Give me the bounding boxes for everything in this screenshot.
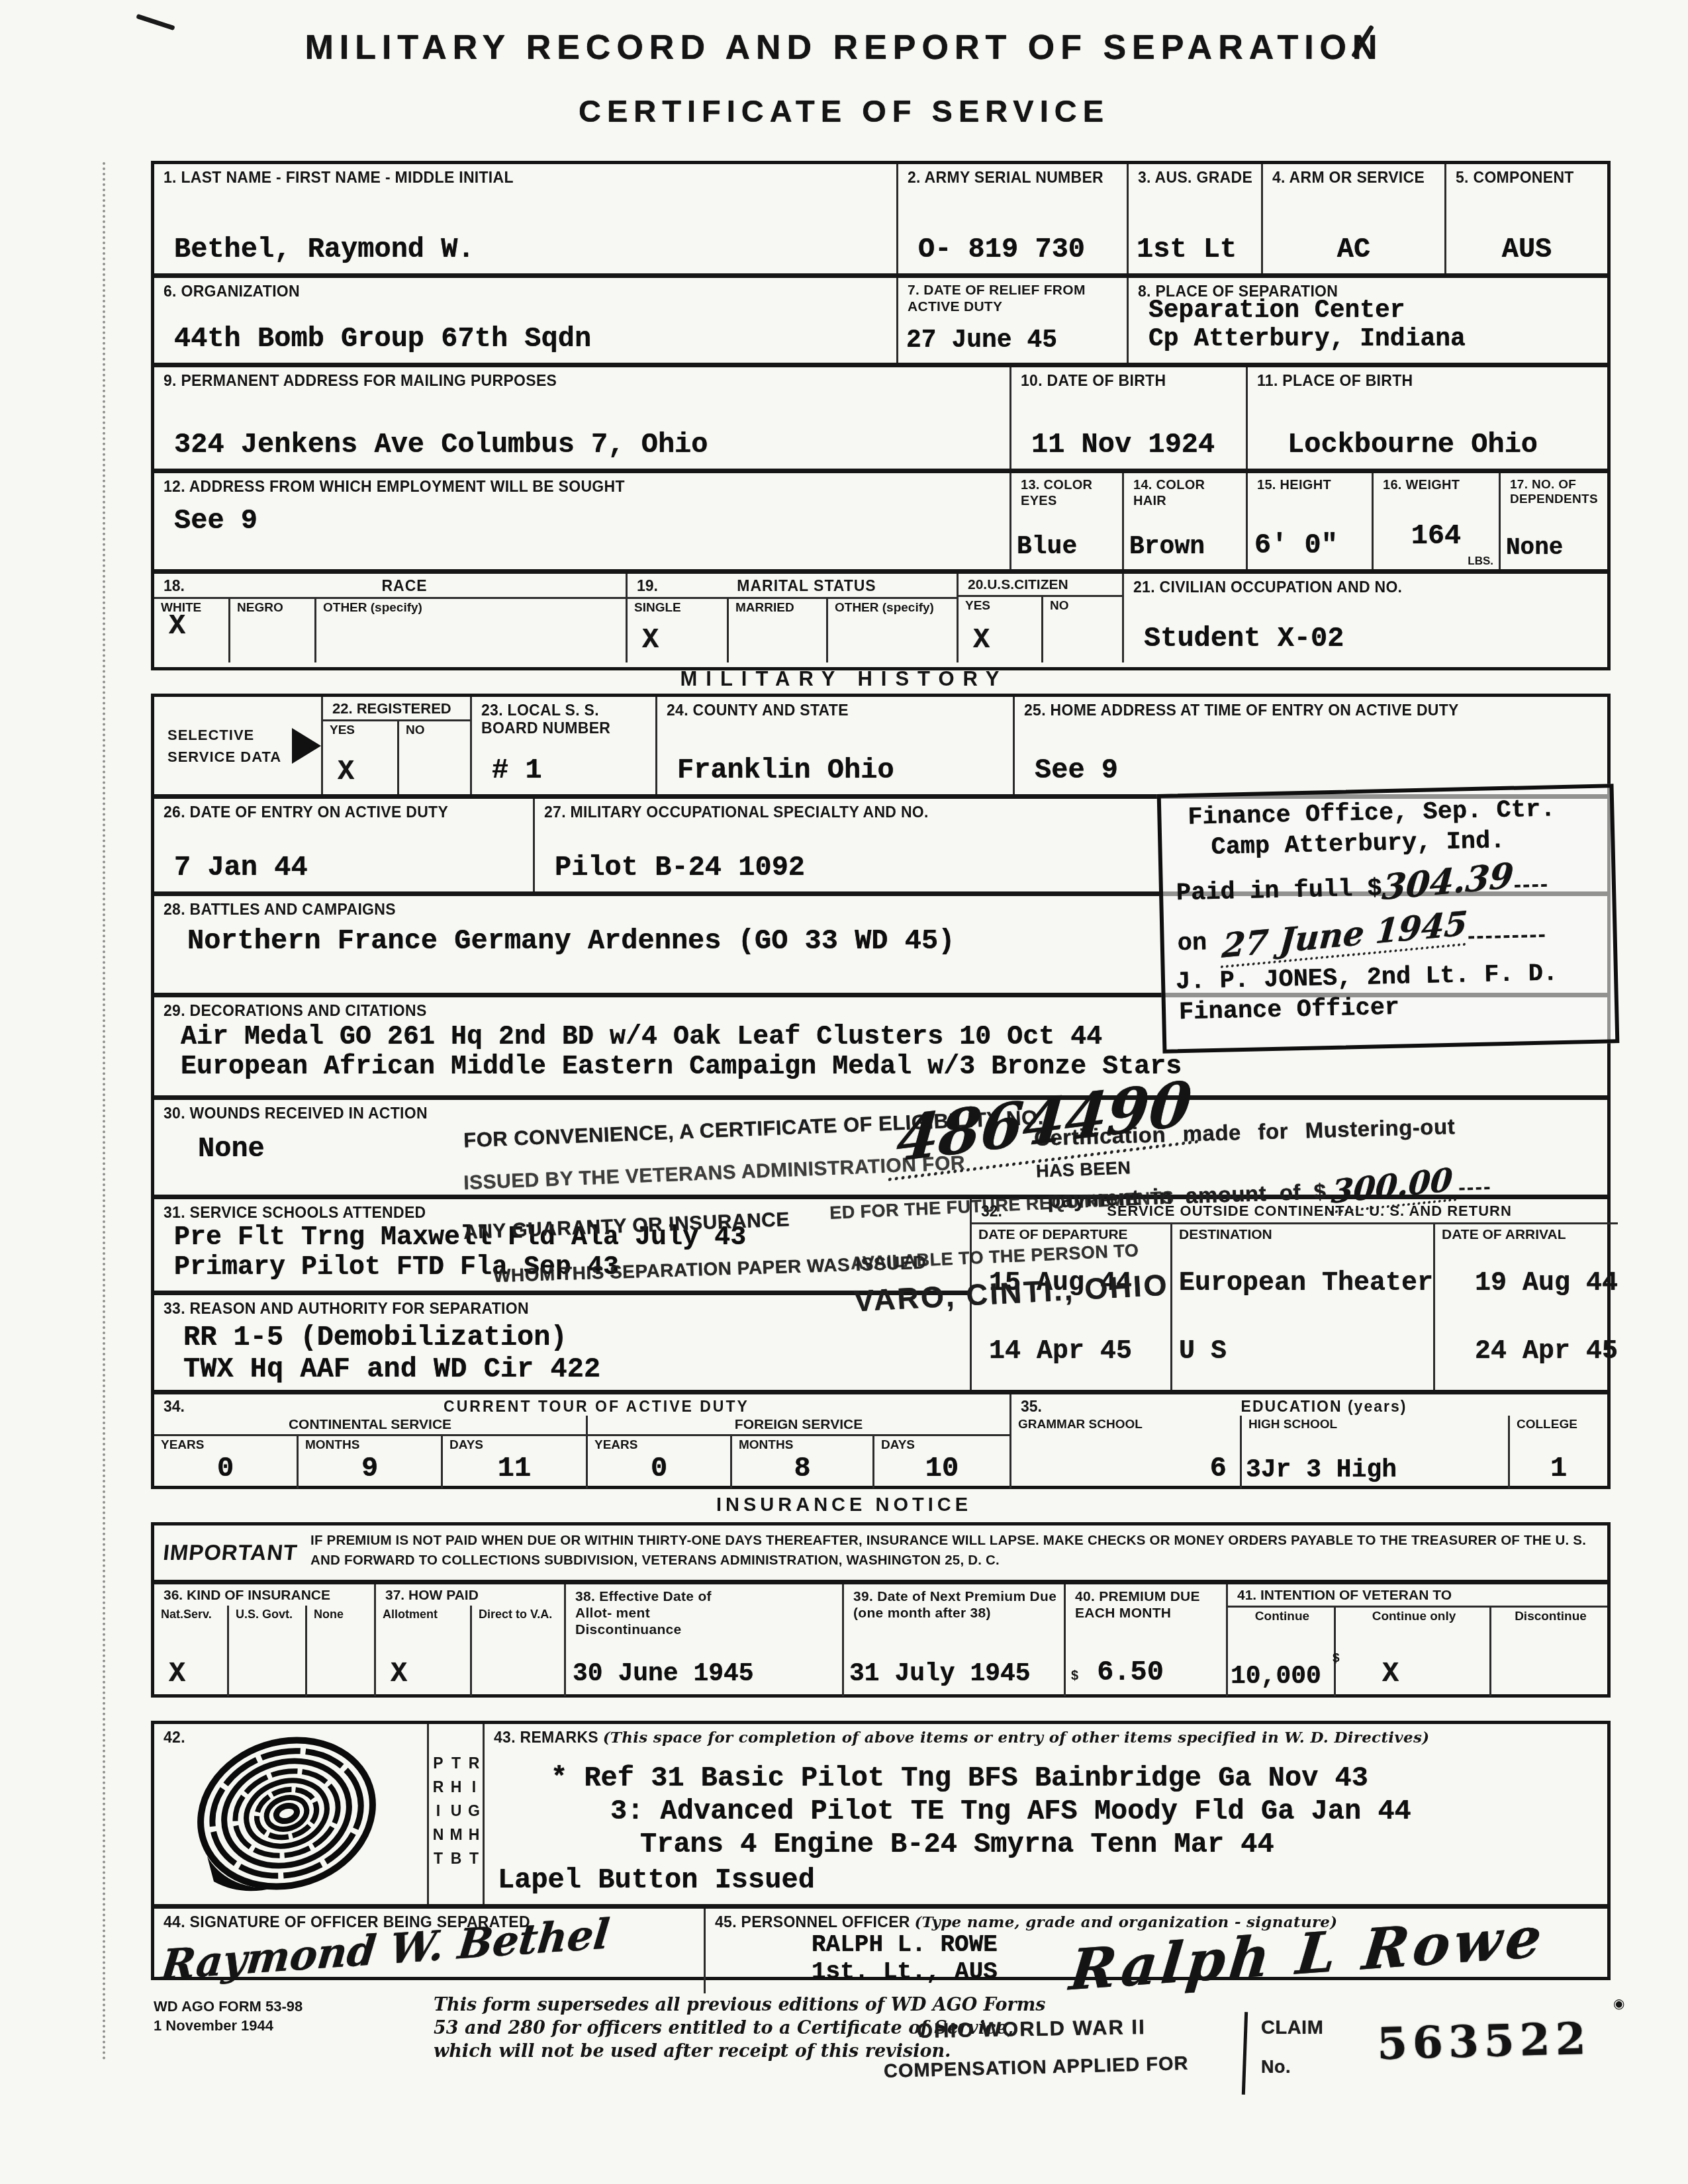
important-label: IMPORTANT [152,1525,310,1580]
row-insurance-fields: 36. KIND OF INSURANCE Nat.Serv.X U.S. Go… [154,1580,1607,1696]
overseas-arrival-2: 24 Apr 45 [1435,1328,1618,1367]
insurance-notice-title: INSURANCE NOTICE [0,1494,1688,1516]
field-date-of-relief: 7. DATE OF RELIEF FROM ACTIVE DUTY 27 Ju… [896,278,1127,363]
continue-only-mark: X [1336,1658,1489,1696]
foreign-years-label: YEARS [588,1436,730,1453]
field-remarks: 43. REMARKS (This space for completion o… [485,1724,1607,1904]
remarks-label-text: 43. REMARKS [494,1729,598,1746]
intention-dollar-sign: $ [1333,1651,1340,1666]
right-thumb-print-label: RIGHT THUMB PRINT [427,1724,485,1904]
next-premium-label: 39. Date of Next Premium Due (one month … [844,1584,1064,1622]
field-employment-address: 12. ADDRESS FROM WHICH EMPLOYMENT WILL B… [154,473,1009,569]
mustering-stamp-dashes: ---- [1458,1174,1492,1199]
overseas-departure-2: 14 Apr 45 [972,1328,1170,1367]
field-color-hair-value: Brown [1124,533,1246,569]
discontinue-label: Discontinue [1491,1608,1607,1624]
claim-divider [1242,2012,1248,2095]
field-dependents: 17. NO. OF DEPENDENTS None [1499,473,1607,569]
marital-single-mark: X [628,624,727,662]
field-reason-line1: RR 1-5 (Demobilization) [154,1322,970,1353]
field-officer-signature: 44. SIGNATURE OF OFFICER BEING SEPARATED… [154,1909,704,1993]
field-citizen-label: 20.U.S.CITIZEN [968,577,1068,593]
field-permanent-address-value: 324 Jenkens Ave Columbus 7, Ohio [154,429,1009,469]
tour-header: 34. CURRENT TOUR OF ACTIVE DUTY [154,1394,1009,1416]
field-marital-status: 19. MARITAL STATUS SINGLEX MARRIED OTHER… [626,574,957,662]
continental-days-label: DAYS [443,1436,586,1453]
field-arm-service-value: AC [1263,234,1444,273]
field-color-eyes-label: 13. COLOR EYES [1011,473,1122,509]
field-color-eyes: 13. COLOR EYES Blue [1009,473,1122,569]
race-other-label: OTHER (specify) [316,599,626,615]
remarks-signature-section: 42. RIGHT THUMB PRINT [151,1721,1611,1980]
field-how-paid: 37. HOW PAID AllotmentX Direct to V.A. [374,1584,564,1696]
field-height: 15. HEIGHT 6' 0" [1246,473,1372,569]
field-organization: 6. ORGANIZATION 44th Bomb Group 67th Sqd… [154,278,896,363]
field-color-hair-label: 14. COLOR HAIR [1124,473,1246,509]
field-last-name-value: Bethel, Raymond W. [154,234,896,273]
personnel-officer-label-text: 45. PERSONNEL OFFICER [715,1913,910,1931]
overseas-arrival-1: 19 Aug 44 [1435,1259,1618,1298]
field-local-board-label: 23. LOCAL S. S. BOARD NUMBER [472,697,655,737]
field-race-title: RACE [190,577,619,595]
field-component-label: 5. COMPONENT [1446,164,1607,187]
continental-months-label: MONTHS [299,1436,441,1453]
field-place-of-birth-label: 11. PLACE OF BIRTH [1248,367,1607,390]
mustering-stamp-prefix: payment in amount of $ [1047,1179,1327,1212]
nat-serv-label: Nat.Serv. [154,1606,227,1621]
continue-label: Continue [1228,1608,1334,1624]
education-header: 35. EDUCATION (years) [1011,1394,1607,1416]
overseas-col-destination: DESTINATION European Theater U S [1170,1224,1433,1390]
field-personnel-officer: 45. PERSONNEL OFFICER (Type name, grade … [704,1909,1607,1993]
field-county-state-label: 24. COUNTY AND STATE [657,697,1013,719]
us-govt-mark [229,1690,305,1696]
selective-service-cell: SELECTIVE SERVICE DATA [154,697,321,794]
college-value: 1 [1510,1453,1607,1488]
field-place-of-separation-value2: Cp Atterbury, Indiana [1129,325,1607,361]
premium-dollar-sign: $ [1066,1668,1078,1684]
row-2: 6. ORGANIZATION 44th Bomb Group 67th Sqd… [154,273,1607,363]
college-label: COLLEGE [1510,1416,1607,1432]
education-body: GRAMMAR SCHOOL6 HIGH SCHOOL3Jr 3 High CO… [1011,1416,1607,1488]
field-last-name: 1. LAST NAME - FIRST NAME - MIDDLE INITI… [154,164,896,273]
field-date-of-birth: 10. DATE OF BIRTH 11 Nov 1924 [1009,367,1246,469]
field-civilian-occupation-label: 21. CIVILIAN OCCUPATION AND NO. [1124,574,1607,596]
finance-stamp-dashes2: --------- [1468,922,1548,949]
document-subtitle: CERTIFICATE OF SERVICE [0,93,1688,129]
grammar-school-value: 6 [1011,1453,1240,1488]
insurance-section: IMPORTANT IF PREMIUM IS NOT PAID WHEN DU… [151,1522,1611,1698]
row-5: 18. RACE WHITEX NEGRO OTHER (specify) 19… [154,569,1607,662]
field-component-value: AUS [1446,234,1607,273]
race-negro-label: NEGRO [230,599,314,615]
remarks-line4: Lapel Button Issued [485,1864,1607,1904]
field-employment-address-label: 12. ADDRESS FROM WHICH EMPLOYMENT WILL B… [154,473,1009,496]
registered-no-mark [399,788,470,794]
field-home-address-entry: 25. HOME ADDRESS AT TIME OF ENTRY ON ACT… [1013,697,1607,794]
field-marital-header: 19. MARITAL STATUS [628,574,957,599]
field-intention: 41. INTENTION OF VETERAN TO Continue10,0… [1226,1584,1607,1696]
nat-serv-mark: X [154,1658,227,1696]
row-important: IMPORTANT IF PREMIUM IS NOT PAID WHEN DU… [154,1525,1607,1580]
field-permanent-address-label: 9. PERMANENT ADDRESS FOR MAILING PURPOSE… [154,367,1009,390]
field-current-tour: 34. CURRENT TOUR OF ACTIVE DUTY CONTINEN… [154,1394,1009,1488]
selective-service-label: SELECTIVE SERVICE DATA [154,724,291,768]
remarks-label: 43. REMARKS (This space for completion o… [485,1724,1607,1747]
marital-married-label: MARRIED [729,599,826,615]
overseas-destination-2: U S [1172,1328,1433,1367]
document-serial-number: 563522 [1376,2013,1591,2070]
field-organization-label: 6. ORGANIZATION [154,278,896,300]
field-marital-number: 19. [637,577,658,595]
military-history-title: MILITARY HISTORY [0,667,1688,691]
field-reason-line2: TWX Hq AAF and WD Cir 422 [154,1353,970,1393]
field-color-hair: 14. COLOR HAIR Brown [1122,473,1246,569]
field-premium-due: 40. PREMIUM DUE EACH MONTH $ 6.50 [1064,1584,1226,1696]
marital-other-mark [828,656,957,662]
fingerprint-image [187,1731,386,1896]
education-title: EDUCATION (years) [1047,1398,1601,1416]
continue-only-label: Continue only [1336,1608,1489,1624]
finance-stamp-on-prefix: on [1177,929,1222,958]
field-allotment-discontinuance: 38. Effective Date of Allot- ment Discon… [564,1584,842,1696]
foreign-months-value: 8 [732,1453,872,1488]
direct-va-label: Direct to V.A. [472,1606,564,1621]
arrow-right-icon [292,728,321,764]
high-school-label: HIGH SCHOOL [1242,1416,1508,1432]
continental-service: CONTINENTAL SERVICE YEARS0 MONTHS9 DAYS1… [154,1416,586,1488]
field-home-address-entry-label: 25. HOME ADDRESS AT TIME OF ENTRY ON ACT… [1015,697,1607,719]
field-date-of-relief-label: 7. DATE OF RELIEF FROM ACTIVE DUTY [898,278,1127,316]
finance-stamp-dashes1: ---- [1513,871,1549,897]
citizen-no-label: NO [1043,597,1122,614]
registered-yes-label: YES [323,721,397,738]
field-county-state-value: Franklin Ohio [657,754,1013,794]
row-selective-service: SELECTIVE SERVICE DATA 22. REGISTERED YE… [154,697,1607,794]
identity-section: 1. LAST NAME - FIRST NAME - MIDDLE INITI… [151,161,1611,670]
row-4: 12. ADDRESS FROM WHICH EMPLOYMENT WILL B… [154,469,1607,569]
field-place-of-birth: 11. PLACE OF BIRTH Lockbourne Ohio [1246,367,1607,469]
field-citizen-options: YESX NO [959,597,1122,662]
foreign-days-value: 10 [874,1453,1009,1488]
tour-number: 34. [164,1398,185,1416]
claim-label: CLAIM [1261,2017,1323,2039]
field-date-of-birth-label: 10. DATE OF BIRTH [1011,367,1246,390]
field-arm-service-label: 4. ARM OR SERVICE [1263,164,1444,187]
field-permanent-address: 9. PERMANENT ADDRESS FOR MAILING PURPOSE… [154,367,1009,469]
field-race-options: WHITEX NEGRO OTHER (specify) [154,599,626,662]
field-weight-unit: LBS. [1468,555,1493,568]
scan-edge-artifact [103,162,105,2062]
important-text: IF PREMIUM IS NOT PAID WHEN DUE OR WITHI… [306,1525,1607,1580]
field-weight: 16. WEIGHT 164 LBS. [1372,473,1499,569]
continental-years-value: 0 [154,1453,297,1488]
allotment-mark: X [376,1658,470,1696]
remarks-line1: * Ref 31 Basic Pilot Tng BFS Bainbridge … [485,1762,1607,1794]
field-grade: 3. AUS. GRADE 1st Lt [1127,164,1261,273]
remarks-line3: Trans 4 Engine B-24 Smyrna Tenn Mar 44 [485,1829,1607,1860]
field-us-citizen: 20.U.S.CITIZEN YESX NO [957,574,1122,662]
none-label: None [307,1606,374,1621]
field-date-of-birth-value: 11 Nov 1924 [1011,429,1246,469]
marital-single-label: SINGLE [628,599,727,615]
overseas-destination-1: European Theater [1172,1259,1433,1298]
field-marital-options: SINGLEX MARRIED OTHER (specify) [628,599,957,662]
registered-no-label: NO [399,721,470,738]
row-remarks: 42. RIGHT THUMB PRINT [154,1724,1607,1904]
field-dependents-label: 17. NO. OF DEPENDENTS [1501,473,1607,508]
marital-married-mark [729,656,826,662]
document-title: MILITARY RECORD AND REPORT OF SEPARATION [0,28,1688,68]
field-reason-label: 33. REASON AND AUTHORITY FOR SEPARATION [154,1295,970,1318]
form-number: WD AGO FORM 53-98 [154,1997,303,2017]
field-grade-label: 3. AUS. GRADE [1129,164,1261,187]
finance-stamp-amount: 304.39 [1381,855,1515,908]
field-civilian-occupation: 21. CIVILIAN OCCUPATION AND NO. Student … [1122,574,1607,662]
kind-insurance-label: 36. KIND OF INSURANCE [154,1584,374,1606]
us-govt-label: U.S. Govt. [229,1606,305,1621]
education-number: 35. [1021,1398,1042,1416]
grammar-school-label: GRAMMAR SCHOOL [1011,1416,1240,1432]
high-school-value: 3Jr 3 High [1242,1456,1508,1488]
field-education: 35. EDUCATION (years) GRAMMAR SCHOOL6 HI… [1009,1394,1607,1488]
tour-title: CURRENT TOUR OF ACTIVE DUTY [190,1398,1003,1416]
field-race-header: 18. RACE [154,574,626,599]
field-civilian-occupation-value: Student X-02 [1124,623,1607,662]
remarks-label-note: (This space for completion of above item… [603,1729,1430,1747]
row-signatures: 44. SIGNATURE OF OFFICER BEING SEPARATED… [154,1904,1607,1993]
continental-months-value: 9 [299,1453,441,1488]
field-race: 18. RACE WHITEX NEGRO OTHER (specify) [154,574,626,662]
field-registered: 22. REGISTERED YESX NO [321,697,470,794]
race-white-mark: X [154,610,228,649]
discontinue-mark [1491,1690,1607,1696]
field-date-entry-active-duty: 26. DATE OF ENTRY ON ACTIVE DUTY 7 Jan 4… [154,799,533,891]
field-next-premium-due: 39. Date of Next Premium Due (one month … [842,1584,1064,1696]
field-dependents-value: None [1501,534,1607,569]
next-premium-value: 31 July 1945 [844,1660,1064,1696]
race-other-mark [316,656,626,662]
field-arm-service: 4. ARM OR SERVICE AC [1261,164,1444,273]
citizen-yes-mark: X [959,624,1041,662]
field-height-value: 6' 0" [1248,529,1372,569]
field-component: 5. COMPONENT AUS [1444,164,1607,273]
continue-value: 10,000 [1228,1662,1334,1696]
overseas-col-arrival: DATE OF ARRIVAL 19 Aug 44 24 Apr 45 [1433,1224,1618,1390]
allotment-discontinuance-label: 38. Effective Date of Allot- ment Discon… [566,1584,747,1638]
direct-va-mark [472,1690,564,1696]
continental-days-value: 11 [443,1453,586,1488]
foreign-label: FOREIGN SERVICE [588,1416,1009,1436]
allotment-label: Allotment [376,1606,470,1621]
field-serial-number: 2. ARMY SERIAL NUMBER O- 819 730 [896,164,1127,273]
field-place-of-birth-value: Lockbourne Ohio [1248,429,1607,469]
row-tour-education: 34. CURRENT TOUR OF ACTIVE DUTY CONTINEN… [154,1390,1607,1488]
foreign-days-label: DAYS [874,1436,1009,1453]
field-marital-title: MARITAL STATUS [663,577,950,595]
race-negro-mark [230,656,314,662]
premium-due-value: 6.50 [1078,1657,1170,1696]
field-local-board: 23. LOCAL S. S. BOARD NUMBER # 1 [470,697,655,794]
field-decorations-line2: European African Middle Eastern Campaign… [154,1052,1607,1090]
field-place-of-separation: 8. PLACE OF SEPARATION Separation Center… [1127,278,1607,363]
field-grade-value: 1st Lt [1129,234,1261,273]
continental-years-label: YEARS [154,1436,297,1453]
remarks-line2: 3: Advanced Pilot TE Tng AFS Moody Fld G… [485,1796,1607,1827]
claim-no-label: No. [1261,2057,1291,2077]
premium-due-label: 40. PREMIUM DUE EACH MONTH [1066,1584,1226,1622]
field-race-number: 18. [164,577,185,595]
field-employment-address-value: See 9 [154,505,1009,545]
field-date-of-relief-value: 27 June 45 [898,326,1127,363]
overseas-arrival-header: DATE OF ARRIVAL [1435,1224,1618,1242]
row-3: 9. PERMANENT ADDRESS FOR MAILING PURPOSE… [154,363,1607,469]
finance-office-stamp: Finance Office, Sep. Ctr. Camp Atterbury… [1157,784,1620,1054]
field-registered-label: 22. REGISTERED [323,697,470,721]
registered-mark-icon: ◉ [1613,1995,1624,2012]
foreign-service: FOREIGN SERVICE YEARS0 MONTHS8 DAYS10 [586,1416,1009,1488]
overseas-destination-header: DESTINATION [1172,1224,1433,1242]
citizen-no-mark [1043,656,1122,662]
intention-label: 41. INTENTION OF VETERAN TO [1228,1584,1607,1608]
citizen-yes-label: YES [959,597,1041,614]
how-paid-label: 37. HOW PAID [376,1584,564,1606]
foreign-years-value: 0 [588,1453,730,1488]
field-reason-separation: 33. REASON AND AUTHORITY FOR SEPARATION … [154,1291,970,1393]
field-serial-number-label: 2. ARMY SERIAL NUMBER [898,164,1127,187]
field-citizen-header: 20.U.S.CITIZEN [959,574,1122,597]
allotment-discontinuance-value: 30 June 1945 [566,1660,842,1696]
field-serial-number-value: O- 819 730 [898,234,1127,273]
foreign-months-label: MONTHS [732,1436,872,1453]
continental-label: CONTINENTAL SERVICE [154,1416,586,1436]
field-height-label: 15. HEIGHT [1248,473,1372,494]
field-place-of-separation-value1: Separation Center [1129,296,1607,325]
separation-certificate-document: MILITARY RECORD AND REPORT OF SEPARATION… [0,0,1688,2184]
field-date-entry-label: 26. DATE OF ENTRY ON ACTIVE DUTY [154,799,533,821]
registered-yes-mark: X [323,756,397,794]
field-kind-of-insurance: 36. KIND OF INSURANCE Nat.Serv.X U.S. Go… [154,1584,374,1696]
field-last-name-label: 1. LAST NAME - FIRST NAME - MIDDLE INITI… [154,164,896,187]
field-organization-value: 44th Bomb Group 67th Sqdn [154,323,896,363]
marital-other-label: OTHER (specify) [828,599,957,615]
none-mark [307,1690,374,1696]
overseas-departure-header: DATE OF DEPARTURE [972,1224,1170,1242]
row-1: 1. LAST NAME - FIRST NAME - MIDDLE INITI… [154,164,1607,273]
form-date: 1 November 1944 [154,2017,273,2034]
tour-body: CONTINENTAL SERVICE YEARS0 MONTHS9 DAYS1… [154,1416,1009,1488]
field-local-board-value: # 1 [472,754,655,794]
field-color-eyes-value: Blue [1011,533,1122,569]
field-date-entry-value: 7 Jan 44 [154,852,533,891]
field-weight-label: 16. WEIGHT [1374,473,1499,494]
field-county-state: 24. COUNTY AND STATE Franklin Ohio [655,697,1013,794]
finance-stamp-paid-prefix: Paid in full $ [1176,875,1383,907]
ohio-compensation-stamp-line1: OHIO WORLD WAR II [917,2015,1146,2043]
thumbprint-cell: 42. [154,1724,427,1904]
field-registered-options: YESX NO [323,721,470,794]
